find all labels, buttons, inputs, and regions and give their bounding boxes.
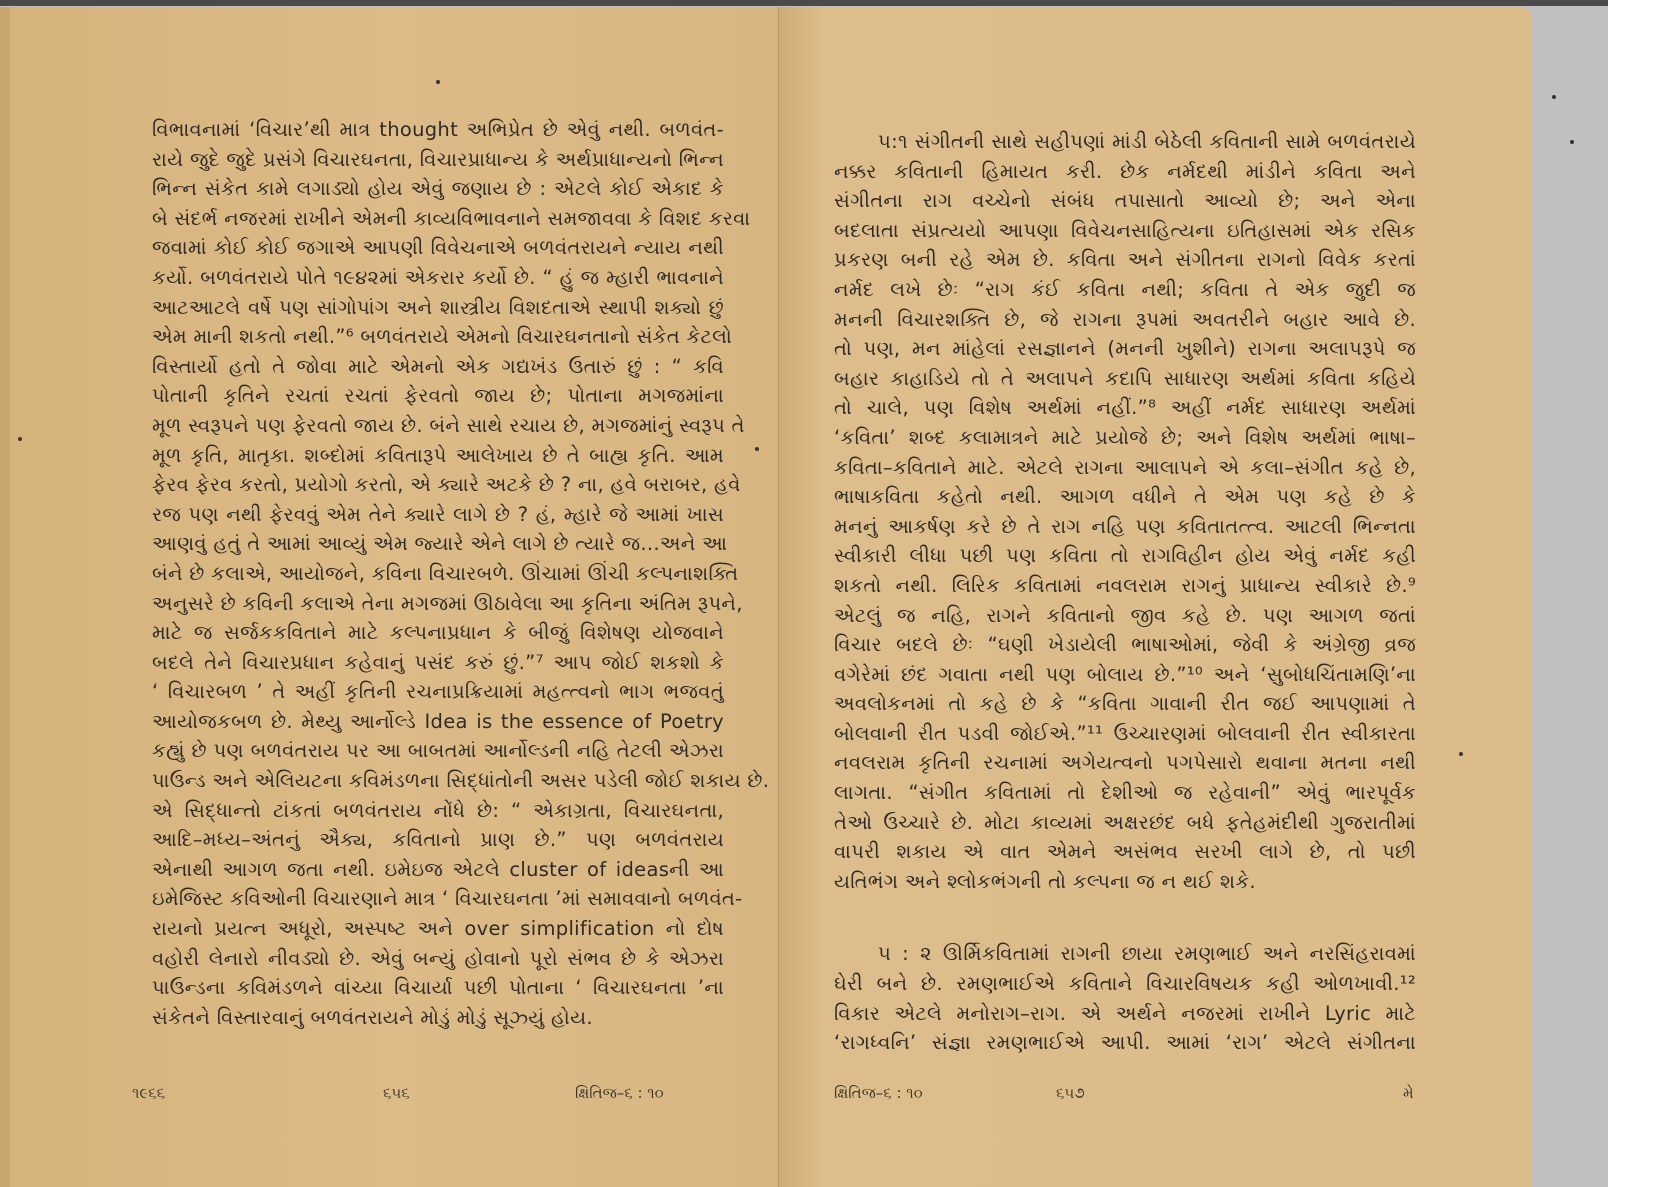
text-line: કર્યો. બળવંતરાયે પોતે ૧૯૪૨માં એકરાર કર્ય…	[152, 263, 724, 293]
text-line: વિસ્તાર્યો હતો તે જોવા માટે એમનો એક ગદ્ય…	[152, 352, 724, 382]
text-line: આટઆટલે વર્ષે પણ સાંગોપાંગ અને શાસ્ત્રીય …	[152, 293, 724, 323]
section-5-1-line: ૫:૧ સંગીતની સાથે સહીપણાં માંડી બેઠેલી કવ…	[834, 127, 1416, 157]
text-line: એટલું જ નહિ, રાગને કવિતાનો જીવ કહે છે. પ…	[834, 601, 1416, 631]
paper-speck	[1459, 752, 1463, 756]
text-line: ‘રાગધ્વનિ’ સંજ્ઞા રમણભાઈએ આપી. આમાં ‘રાગ…	[834, 1028, 1416, 1058]
text-line: બદલે તેને વિચારપ્રધાન કહેવાનું પસંદ કરું…	[152, 648, 724, 678]
paper-speck	[755, 447, 759, 451]
text-line: રાયે જુદે જુદે પ્રસંગે વિચારઘનતા, વિચારપ…	[152, 145, 724, 175]
text-line: ફેરવ ફેરવ કરતો, પ્રયોગો કરતો, એ ક્યારે અ…	[152, 470, 724, 500]
footer-page-number: ૬૫૬	[383, 1084, 410, 1102]
text-line: વાપરી શકાય એ વાત એમને અસંભવ સરખી લાગે છે…	[834, 837, 1416, 867]
text-line: કહ્યું છે પણ બળવંતરાય પર આ બાબતમાં આર્નો…	[152, 736, 724, 766]
text-line: મનનું આકર્ષણ કરે છે તે રાગ નહિ પણ કવિતાત…	[834, 512, 1416, 542]
text-line: વગેરેમાં છંદ ગવાતા નથી પણ બોલાય છે.”¹⁰ અ…	[834, 660, 1416, 690]
section-5-2-line: ૫ : ૨ ઊર્મિકવિતામાં રાગની છાયા રમણભાઈ અન…	[834, 939, 1416, 969]
scan-top-edge	[0, 0, 1608, 6]
text-line: એનાથી આગળ જતા નથી. ઇમેઇજ એટલે cluster of…	[152, 855, 724, 885]
left-page-body: વિભાવનામાં ‘વિચાર’થી માત્ર thought અભિપ્…	[152, 115, 724, 1032]
text-line: ભિન્ન સંકેત કામે લગાડ્યો હોય એવું જણાય છ…	[152, 174, 724, 204]
text-line: કવિતા–કવિતાને માટે. એટલે રાગના આલાપને એ …	[834, 453, 1416, 483]
text-line: આયોજકબળ છે. મેથ્યુ આર્નોલ્ડે Idea is the…	[152, 707, 724, 737]
scanner-speck	[1552, 95, 1556, 99]
text-line: નક્કર કવિતાની હિમાયત કરી. છેક નર્મદથી મા…	[834, 157, 1416, 187]
text-line: બંને છે કલાએ, આયોજને, કવિના વિચારબળે. ઊં…	[152, 559, 724, 589]
text-line: વિભાવનામાં ‘વિચાર’થી માત્ર thought અભિપ્…	[152, 115, 724, 145]
right-page-body: ૫:૧ સંગીતની સાથે સહીપણાં માંડી બેઠેલી કવ…	[834, 127, 1416, 1058]
footer-year: ૧૯૬૬	[132, 1084, 165, 1102]
text-line: મનની વિચારશક્તિ છે, જે રાગના રૂપમાં અવતર…	[834, 305, 1416, 335]
text-line: આદિ–મધ્ય–અંતનું ઐક્ય, કવિતાનો પ્રાણ છે.”…	[152, 825, 724, 855]
text-line: શકતો નથી. લિરિક કવિતામાં નવલરામ રાગનું પ…	[834, 571, 1416, 601]
scanner-speck	[1570, 140, 1574, 144]
text-line: સ્વીકારી લીધા પછી પણ કવિતા તો રાગવિહીન હ…	[834, 541, 1416, 571]
paper-speck	[18, 437, 22, 441]
text-line: પોતાની કૃતિને રચતાં રચતાં ફેરવતો જાય છે;…	[152, 381, 724, 411]
text-line: પાઉન્ડ અને એલિયટના કવિમંડળના સિદ્ધાંતોની…	[152, 766, 724, 796]
text-line: ઘેરી બને છે. રમણભાઈએ કવિતાને વિચારવિષયક …	[834, 969, 1416, 999]
footer-journal: ક્ષિતિજ–૬ : ૧૦	[834, 1084, 923, 1102]
text-line: નવલરામ કૃતિની રચનામાં અગેયત્વનો પગપેસારો…	[834, 748, 1416, 778]
footer-journal: ક્ષિતિજ–૬ : ૧૦	[575, 1084, 664, 1102]
text-line: બહાર કાહાડિયે તો તે અલાપને કદાપિ સાધારણ …	[834, 364, 1416, 394]
text-line: ભાષાકવિતા કહેતો નથી. આગળ વધીને તે એમ પણ …	[834, 482, 1416, 512]
text-line: યતિભંગ અને શ્લોકભંગની તો કલ્પના જ ન થઈ શ…	[834, 867, 1416, 897]
right-page: ૫:૧ સંગીતની સાથે સહીપણાં માંડી બેઠેલી કવ…	[779, 7, 1532, 1187]
text-line: સંકેતને વિસ્તારવાનું બળવંતરાયને મોડું મો…	[152, 1003, 724, 1033]
text-line: નર્મદ લખે છેઃ “રાગ કંઈ કવિતા નથી; કવિતા …	[834, 275, 1416, 305]
text-line: આણવું હતું તે આમાં આવ્યું એમ જ્યારે એને …	[152, 529, 724, 559]
text-line: એ સિદ્ધાન્તો ટાંકતાં બળવંતરાય નોંધે છે: …	[152, 796, 724, 826]
text-line: રાયનો પ્રયત્ન અધૂરો, અસ્પષ્ટ અને over si…	[152, 914, 724, 944]
book-spread: વિભાવનામાં ‘વિચાર’થી માત્ર thought અભિપ્…	[0, 7, 1532, 1187]
paper-speck	[436, 80, 440, 84]
footer-signature-mark: મે	[1403, 1084, 1414, 1102]
text-line: તો ચાલે, પણ વિશેષ અર્થમાં નહીં.”⁸ અહીં ન…	[834, 393, 1416, 423]
text-line: પ્રકરણ બની રહે એમ છે. કવિતા અને સંગીતના …	[834, 245, 1416, 275]
text-line: ‘કવિતા’ શબ્દ કલામાત્રને માટે પ્રયોજે છે;…	[834, 423, 1416, 453]
text-line: રજ પણ નથી ફેરવવું એમ તેને ક્યારે લાગે છે…	[152, 500, 724, 530]
text-line: લાગતા. “સંગીત કવિતામાં તો દેશીઓ જ રહેવાન…	[834, 778, 1416, 808]
text-line: વિકાર એટલે મનોરાગ–રાગ. એ અર્થને નજરમાં ર…	[834, 999, 1416, 1029]
text-line: ઇમેજિસ્ટ કવિઓની વિચારણાને માત્ર ‘ વિચારઘ…	[152, 884, 724, 914]
paragraph-gap	[834, 896, 1416, 939]
text-line: એમ માની શકતો નથી.”⁶ બળવંતરાયે એમનો વિચાર…	[152, 322, 724, 352]
text-line: મૂળ સ્વરૂપને પણ ફેરવતો જાય છે. બંને સાથે…	[152, 411, 724, 441]
text-line: ‘ વિચારબળ ’ તે અહીં કૃતિની રચનાપ્રક્રિયા…	[152, 677, 724, 707]
text-line: જવામાં કોઈ કોઈ જગાએ આપણી વિવેચનાએ બળવંતર…	[152, 233, 724, 263]
text-line: તો પણ, મન માંહેલાં રસજ્ઞાનને (મનની ખુશીન…	[834, 334, 1416, 364]
left-page: વિભાવનામાં ‘વિચાર’થી માત્ર thought અભિપ્…	[0, 7, 779, 1187]
text-line: પાઉન્ડના કવિમંડળને વાંચ્યા વિચાર્યા પછી …	[152, 973, 724, 1003]
footer-page-number: ૬૫૭	[1056, 1084, 1085, 1102]
text-line: વહોરી લેનારો નીવડ્યો છે. એવું બન્યું હોવ…	[152, 944, 724, 974]
text-line: તેઓ ઉચ્ચારે છે. મોટા કાવ્યમાં અક્ષરછંદ બ…	[834, 808, 1416, 838]
text-line: મૂળ કૃતિ, માતૃકા. શબ્દોમાં કવિતારૂપે આલે…	[152, 441, 724, 471]
text-line: અવલોકનમાં તો કહે છે કે “કવિતા ગાવાની રીત…	[834, 689, 1416, 719]
text-line: બે સંદર્ભ નજરમાં રાખીને એમની કાવ્યવિભાવન…	[152, 204, 724, 234]
text-line: સંગીતના રાગ વચ્ચેનો સંબંધ તપાસાતો આવ્યો …	[834, 186, 1416, 216]
text-line: અનુસરે છે કવિની કલાએ તેના મગજમાં ઊઠાવેલા…	[152, 589, 724, 619]
text-line: વિચાર બદલે છેઃ “ઘણી ખેડાયેલી ભાષાઓમાં, જ…	[834, 630, 1416, 660]
text-line: બોલવાની રીત પડવી જોઈએ.”¹¹ ઉચ્ચારણમાં બોલ…	[834, 719, 1416, 749]
text-line: બદલાતા સંપ્રત્યયો આપણા વિવેચનસાહિત્યના ઇ…	[834, 216, 1416, 246]
text-line: માટે જ સર્જકકવિતાને માટે કલ્પનાપ્રધાન કે…	[152, 618, 724, 648]
